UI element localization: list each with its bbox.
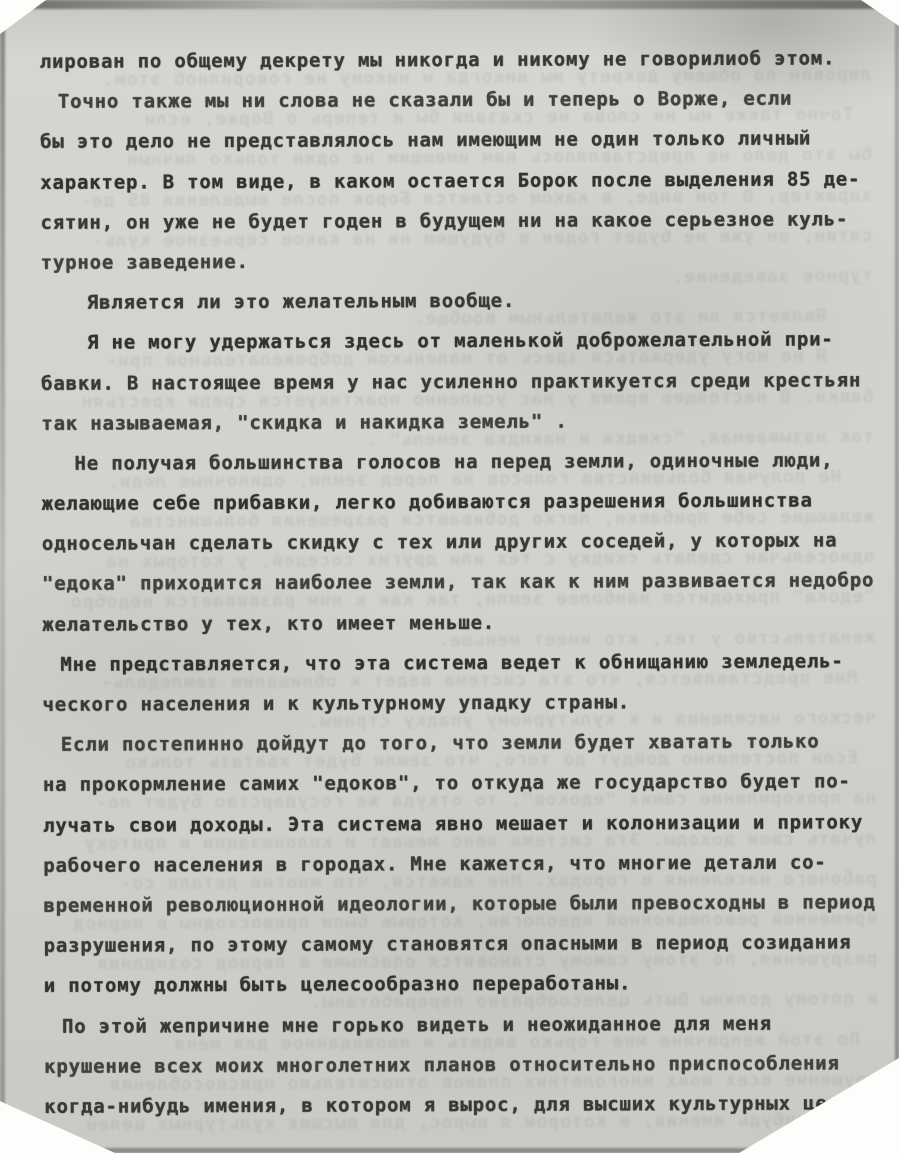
text-line: ческого населения и к культурному упадку… bbox=[42, 681, 887, 725]
text-line: Не получая большинства голосов на перед … bbox=[41, 440, 886, 484]
text-line: бавки. В настоящее время у нас усиленно … bbox=[41, 360, 886, 404]
text-line: и потому должны быть целесообразно перер… bbox=[44, 962, 889, 1006]
text-line: лучать свои доходы. Эта система явно меш… bbox=[43, 802, 888, 846]
text-line: так называемая, "скидка и накидка земель… bbox=[41, 400, 886, 444]
document-page: лирован по общему декрету мы никогда и н… bbox=[0, 0, 899, 1153]
scan-edge-top bbox=[0, 0, 899, 9]
text-line: Мне представляется, что эта система веде… bbox=[42, 641, 887, 685]
text-line: характер. В том виде, в каком остается Б… bbox=[40, 159, 885, 203]
text-line: Точно также мы ни слова не сказали бы и … bbox=[40, 78, 885, 122]
text-line: временной революционной идеологии, котор… bbox=[43, 882, 888, 926]
text-line: когда-нибудь имения, в котором я вырос, … bbox=[44, 1083, 889, 1127]
document-text: лирован по общему декрету мы никогда и н… bbox=[40, 38, 890, 1127]
text-line: лирован по общему декрету мы никогда и н… bbox=[40, 38, 885, 82]
text-line: Если постепинно дойдут до того, что земл… bbox=[43, 721, 888, 765]
text-line: турное заведение. bbox=[41, 239, 886, 283]
text-line: сятин, он уже не будет годен в будущем н… bbox=[40, 199, 885, 243]
text-line: разрушения, по этому самому становятся о… bbox=[43, 922, 888, 966]
text-line: крушение всех моих многолетних планов от… bbox=[44, 1043, 889, 1087]
text-line: Является ли это желательным вообще. bbox=[41, 279, 886, 323]
text-line: По этой жепричине мне горько видеть и не… bbox=[44, 1003, 889, 1047]
page-corner-top-left bbox=[0, 0, 46, 34]
text-line: "едока" приходится наиболее земли, так к… bbox=[42, 561, 887, 605]
scan-edge-right bbox=[895, 0, 899, 1153]
text-line: желающие себе прибавки, легко добиваются… bbox=[42, 480, 887, 524]
text-line: желательство у тех, кто имеет меньше. bbox=[42, 601, 887, 645]
text-line: на прокормление самих "едоков", то откуд… bbox=[43, 762, 888, 806]
page-corner-top-right bbox=[861, 0, 899, 26]
scan-edge-left bbox=[0, 0, 5, 1153]
text-line: бы это дело не представлялось нам имеющи… bbox=[40, 119, 885, 163]
text-line: Я не могу удержаться здесь от маленькой … bbox=[41, 319, 886, 363]
text-line: рабочего населения в городах. Мне кажетс… bbox=[43, 842, 888, 886]
text-line: односельчан сделать скидку с тех или дру… bbox=[42, 520, 887, 564]
